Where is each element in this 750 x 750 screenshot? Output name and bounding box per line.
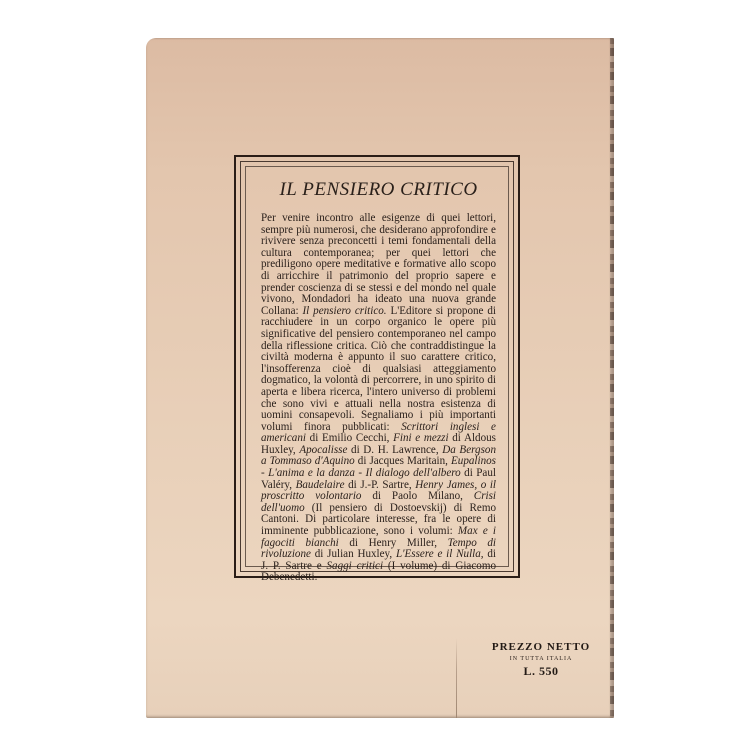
series-title: IL PENSIERO CRITICO xyxy=(261,179,496,201)
decorative-frame: IL PENSIERO CRITICO Per venire incontro … xyxy=(234,155,520,578)
paragraph-text: L'Editore si propone di racchiudere in u… xyxy=(261,305,496,433)
price-amount: L. 550 xyxy=(486,664,596,679)
paragraph-text: di Henry Miller, xyxy=(339,537,448,549)
paragraph-text: di J.-P. Sartre, xyxy=(345,479,416,491)
frame-content: IL PENSIERO CRITICO Per venire incontro … xyxy=(261,179,496,584)
paragraph-text: di Emilio Cecchi, xyxy=(306,432,393,444)
book-back-cover: IL PENSIERO CRITICO Per venire incontro … xyxy=(146,38,614,718)
book-title-reference: Apocalisse xyxy=(299,444,347,456)
price-block: PREZZO NETTO IN TUTTA ITALIA L. 550 xyxy=(486,641,596,679)
price-label: PREZZO NETTO xyxy=(486,641,596,653)
paragraph-text: di Julian Huxley, xyxy=(311,548,396,560)
paragraph-text: di Jacques Maritain, xyxy=(355,455,451,467)
series-description: Per venire incontro alle esigenze di que… xyxy=(261,213,496,584)
book-title-reference: Saggi critici xyxy=(326,560,383,572)
paragraph-text: di Paolo Milano, xyxy=(361,490,473,502)
book-title-reference: Baudelaire xyxy=(296,479,345,491)
book-title-reference: Fini e mezzi xyxy=(393,432,448,444)
book-title-reference: L'Essere e il Nulla, xyxy=(396,548,484,560)
paper-tear xyxy=(456,638,457,718)
price-sublabel: IN TUTTA ITALIA xyxy=(486,656,596,662)
paragraph-text: di D. H. Lawrence, xyxy=(347,444,442,456)
paragraph-text: Per venire incontro alle esigenze di que… xyxy=(261,212,496,317)
book-title-reference: Il pensiero critico. xyxy=(302,305,386,317)
